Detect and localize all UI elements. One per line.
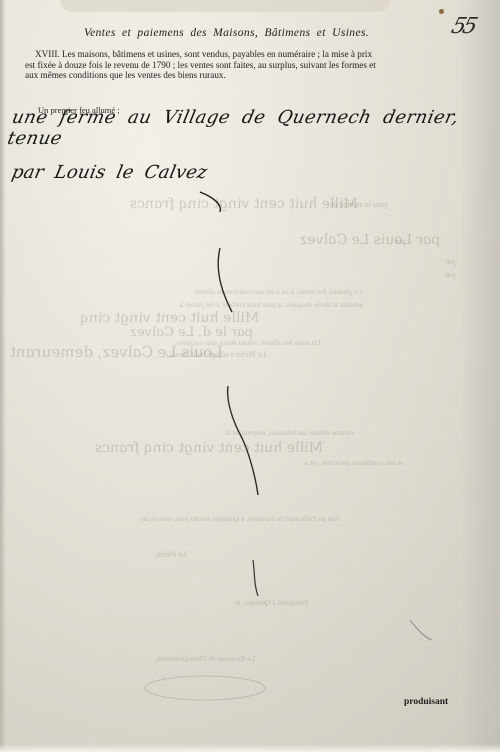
- catchword: produisant: [404, 697, 448, 707]
- document-page: pour la somme de Mille huit cent vingt c…: [0, 0, 500, 752]
- page-bottom-edge: [0, 744, 500, 752]
- ink-strokes: [0, 0, 500, 752]
